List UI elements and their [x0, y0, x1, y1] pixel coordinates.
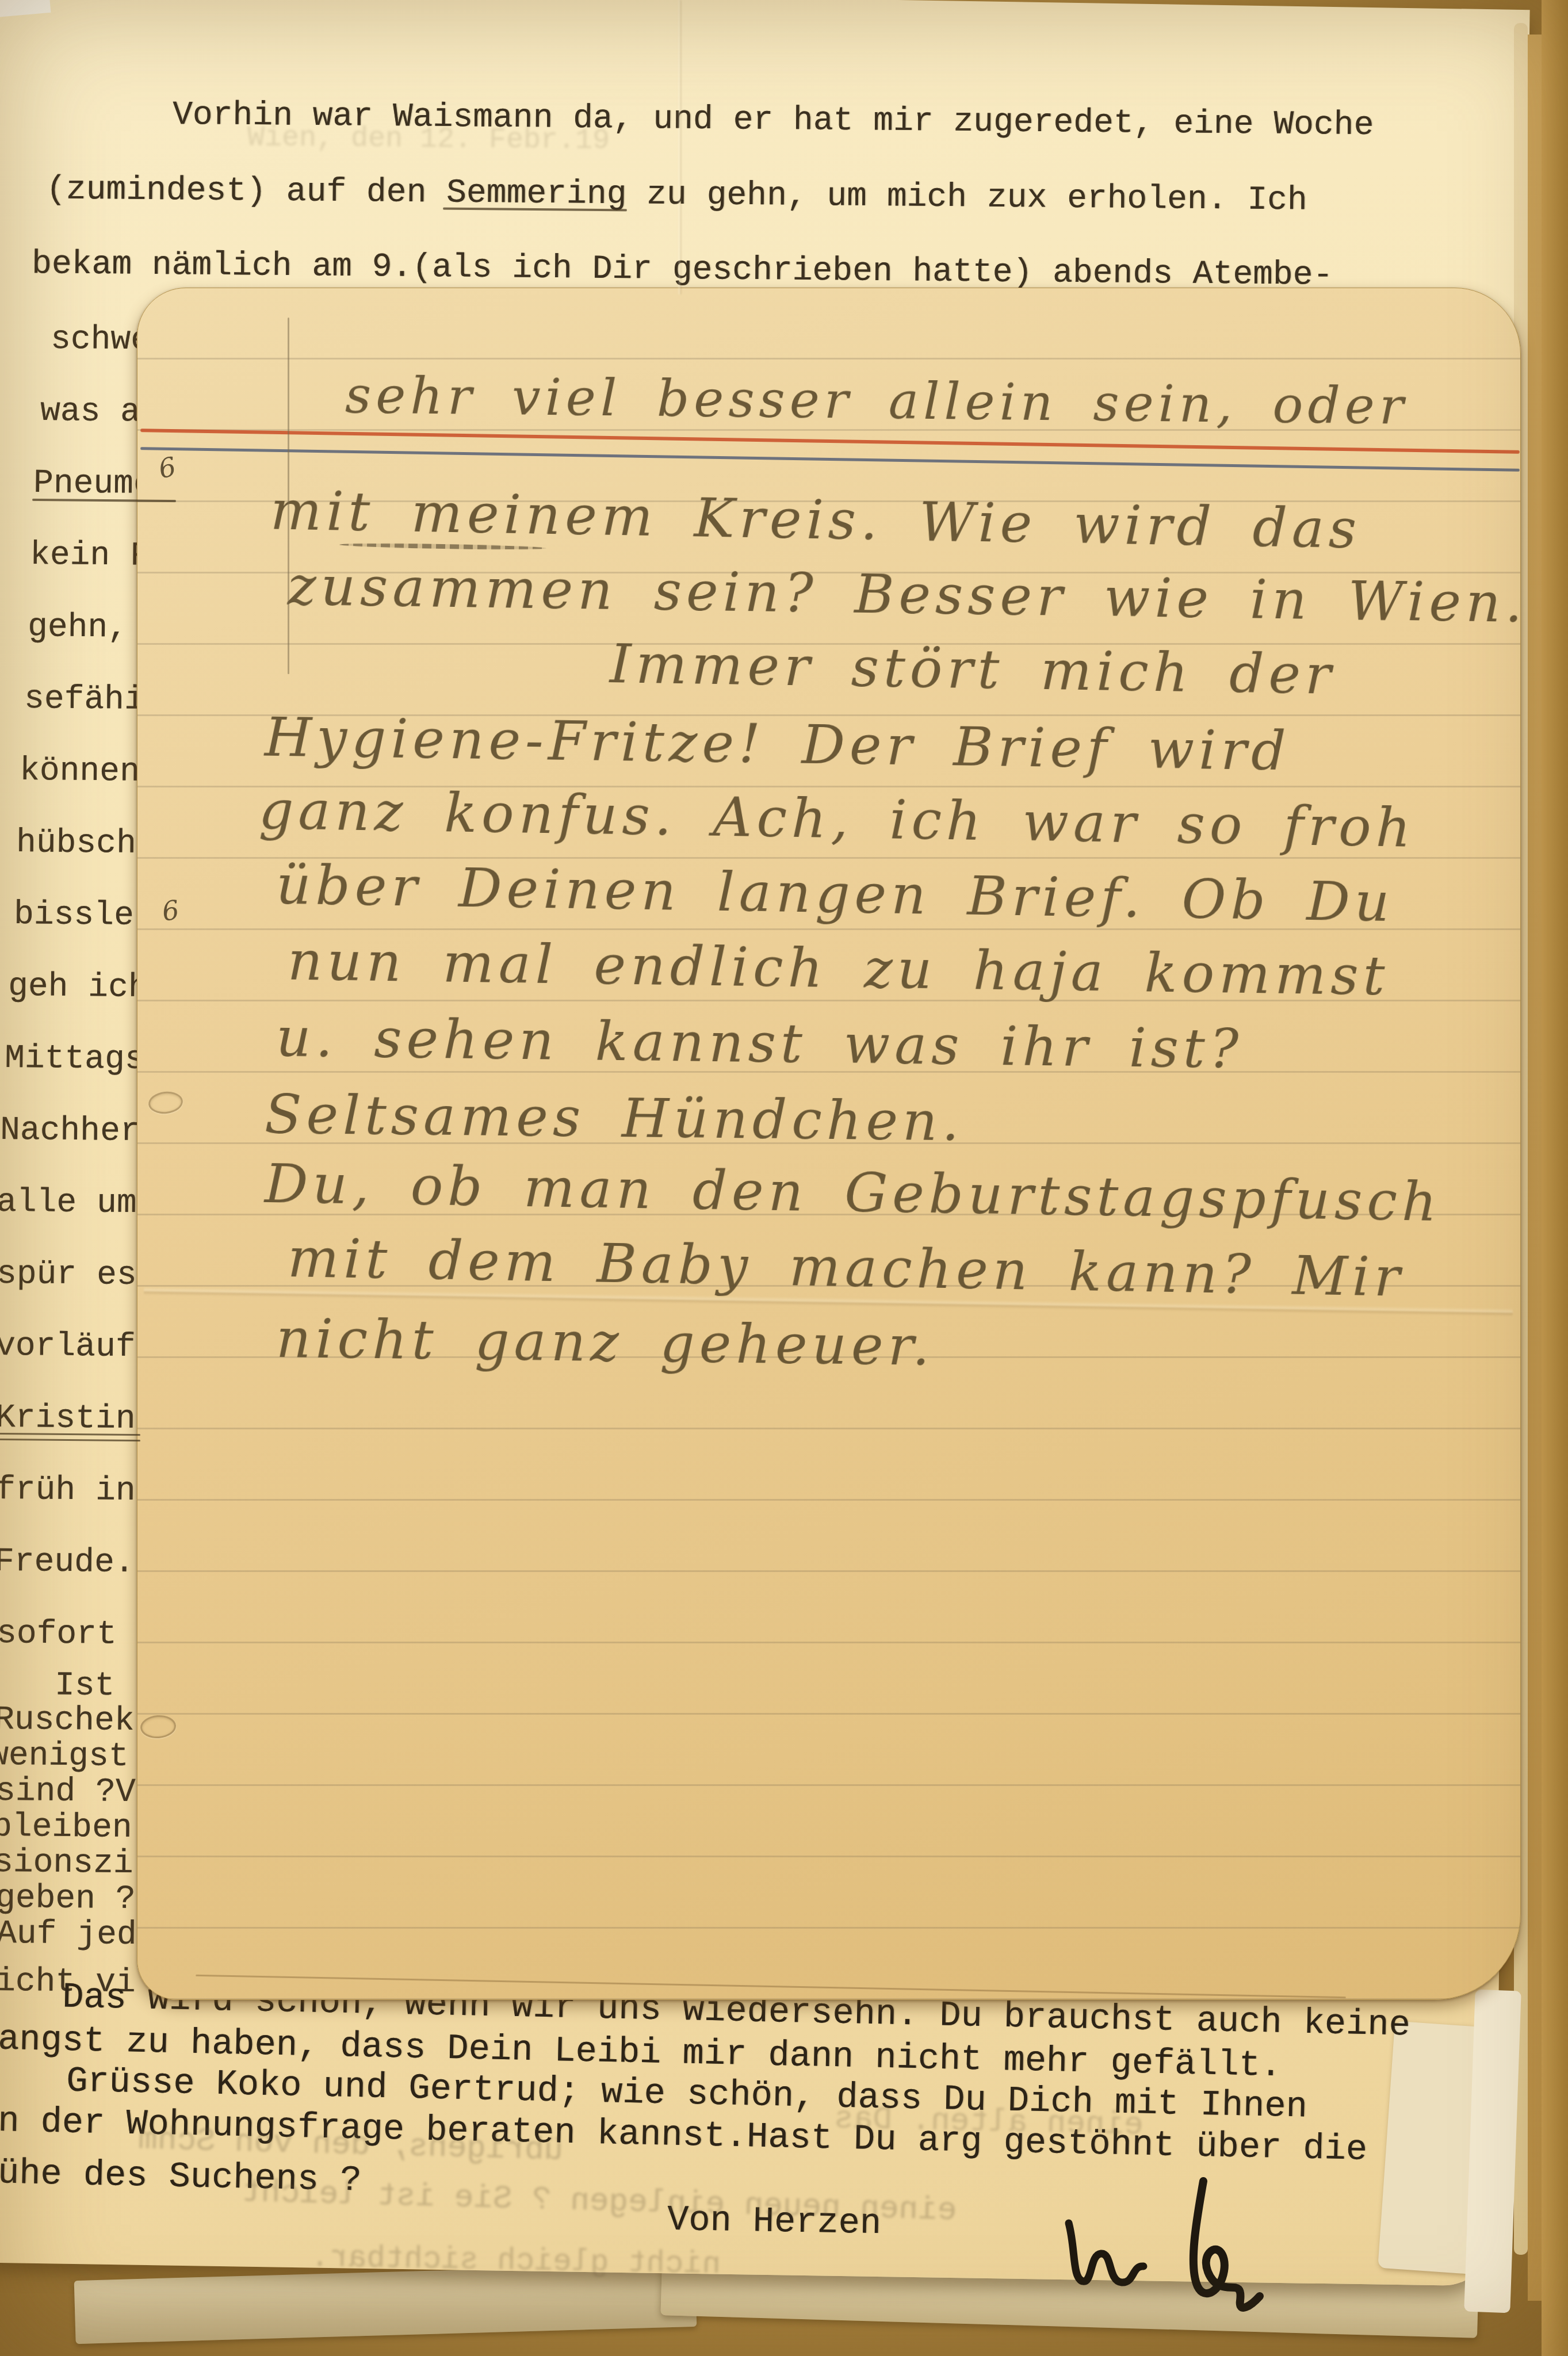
margin-fragment: Ist — [55, 1667, 135, 1705]
margin-fragment: bleiben — [0, 1809, 132, 1848]
margin-fragment: hübsch — [16, 825, 136, 863]
margin-fragment: sofort — [0, 1616, 117, 1654]
margin-fragment: Freude. — [0, 1544, 135, 1582]
signature-stroke — [1069, 2223, 1144, 2282]
handwritten-line: u. sehen kannst was ihr ist? — [276, 1008, 1243, 1080]
margin-fragment: sionszi — [0, 1845, 133, 1883]
handwritten-line: Hygiene-Fritze! Der Brief wird — [264, 707, 1291, 782]
handwritten-line: Immer stört mich der — [609, 634, 1336, 706]
binder-edge — [1542, 0, 1568, 2356]
signature-stroke — [1194, 2181, 1260, 2308]
margin-fragment: Mittags — [5, 1041, 145, 1079]
margin-fragment: Pneumo — [33, 465, 154, 504]
margin-fragment: sefähi — [24, 681, 144, 720]
handwritten-line: Seltsames Hündchen. — [264, 1085, 964, 1153]
handwritten-line: sehr viel besser allein sein, oder — [345, 367, 1409, 435]
archive-photo: Vorhin war Waismann da, und er hat mir z… — [0, 0, 1568, 2356]
ghost-line: nicht gleich sichtbar. — [311, 2241, 721, 2283]
ghost-line: einen alten. Das — [833, 2101, 1144, 2143]
margin-fragment: alle um — [0, 1184, 137, 1223]
margin-fragment: geh ich — [8, 969, 148, 1007]
margin-vline — [288, 318, 289, 674]
margin-fragment: wenigst — [0, 1738, 129, 1776]
margin-fragment: sind ?V — [0, 1773, 136, 1812]
margin-fragment: Nachher — [0, 1112, 140, 1151]
margin-fragment: spür es — [0, 1256, 137, 1295]
page-crease — [678, 0, 682, 294]
margin-fragment: früh in — [0, 1472, 136, 1510]
signature-scrawl-icon — [1053, 2168, 1300, 2324]
margin-fragment: gehn, — [28, 609, 148, 648]
ghost-line: Wien, den 12. Febr.19 — [247, 122, 610, 157]
margin-fragment: geben ? — [0, 1880, 136, 1919]
margin-fragment: Ruschek — [0, 1702, 135, 1741]
margin-fragment: vorläuf — [0, 1328, 136, 1367]
handwritten-line: nicht ganz geheuer. — [276, 1309, 934, 1377]
margin-fragment: bissle — [14, 897, 134, 935]
page-stack-edge — [1528, 35, 1542, 2301]
margin-fragment: Auf jed — [0, 1916, 137, 1955]
